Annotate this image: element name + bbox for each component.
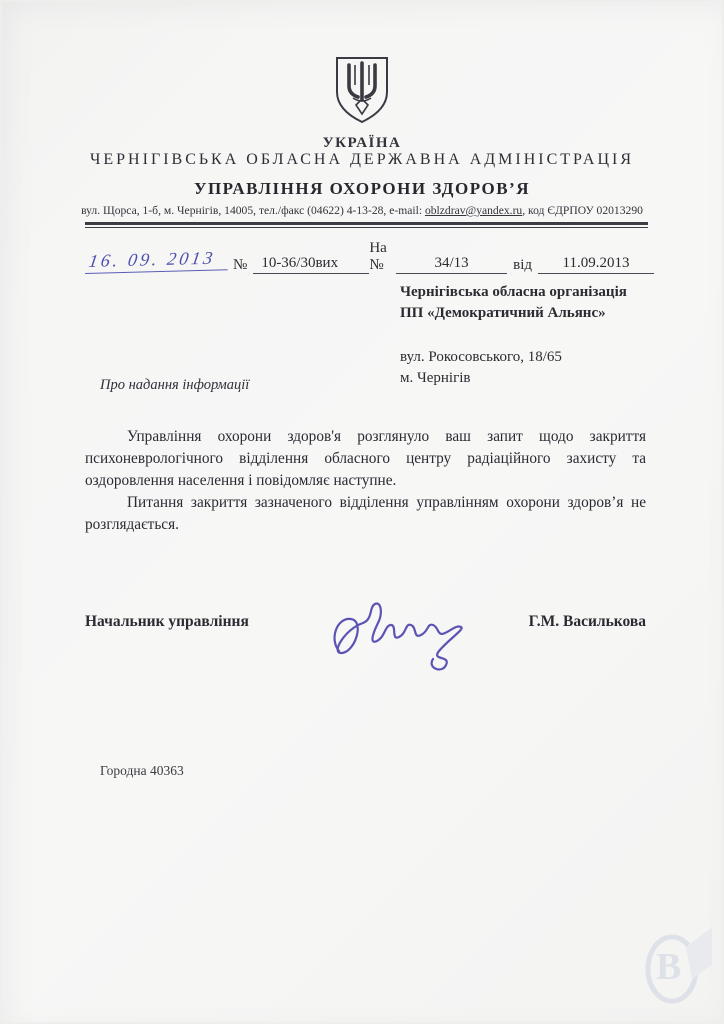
contact-suffix: , код ЄДРПОУ 02013290 xyxy=(522,204,643,217)
addressee-org-line2: ПП «Демократичний Альянс» xyxy=(400,303,627,324)
addressee-block: Чернігівська обласна організація ПП «Дем… xyxy=(400,282,627,389)
signer-name: Г.М. Василькова xyxy=(529,613,646,631)
addressee-city: м. Чернігів xyxy=(400,368,627,389)
scanned-letter-page: УКРАЇНА ЧЕРНІГІВСЬКА ОБЛАСНА ДЕРЖАВНА АД… xyxy=(0,0,724,1024)
site-watermark: В xyxy=(642,921,716,1016)
subject-line: Про надання інформації xyxy=(100,377,249,394)
organization-name: ЧЕРНІГІВСЬКА ОБЛАСНА ДЕРЖАВНА АДМІНІСТРА… xyxy=(0,151,724,169)
incoming-reference: На № 34/13 від 11.09.2013 xyxy=(369,240,654,274)
contact-line: вул. Щорса, 1-б, м. Чернігів, 14005, тел… xyxy=(0,204,724,217)
watermark-letter: В xyxy=(656,945,681,989)
email-link[interactable]: oblzdrav@yandex.ru xyxy=(425,204,522,217)
ukraine-trident-icon xyxy=(329,54,395,126)
outgoing-reference: 16. 09. 2013 № 10-36/30вих xyxy=(85,251,369,274)
reference-row: 16. 09. 2013 № 10-36/30вих На № 34/13 ві… xyxy=(85,240,654,274)
addressee-street: вул. Рокосовського, 18/65 xyxy=(400,347,627,368)
country-name: УКРАЇНА xyxy=(0,135,724,152)
handwritten-signature-icon xyxy=(325,595,475,687)
handwritten-date: 16. 09. 2013 xyxy=(85,247,231,274)
department-name: УПРАВЛІННЯ ОХОРОНИ ЗДОРОВ’Я xyxy=(0,179,724,199)
executor-note: Городна 40363 xyxy=(100,763,184,779)
letterhead-emblem: УКРАЇНА xyxy=(0,54,724,152)
body-paragraph-1: Управління охорони здоров'я розглянуло в… xyxy=(85,426,646,492)
body-paragraph-2: Питання закриття зазначеного відділення … xyxy=(85,492,646,536)
incoming-number: 34/13 xyxy=(396,255,507,274)
signer-position: Начальник управління xyxy=(85,613,249,631)
reply-label: На № xyxy=(369,240,390,274)
addressee-org-line1: Чернігівська обласна організація xyxy=(400,282,627,303)
incoming-date: 11.09.2013 xyxy=(538,255,654,274)
letter-body: Управління охорони здоров'я розглянуло в… xyxy=(85,426,646,536)
number-label: № xyxy=(233,257,247,274)
letterhead-divider xyxy=(85,222,648,228)
outgoing-number: 10-36/30вих xyxy=(253,255,369,274)
contact-prefix: вул. Щорса, 1-б, м. Чернігів, 14005, тел… xyxy=(81,204,425,217)
reply-date-label: від xyxy=(513,257,532,274)
